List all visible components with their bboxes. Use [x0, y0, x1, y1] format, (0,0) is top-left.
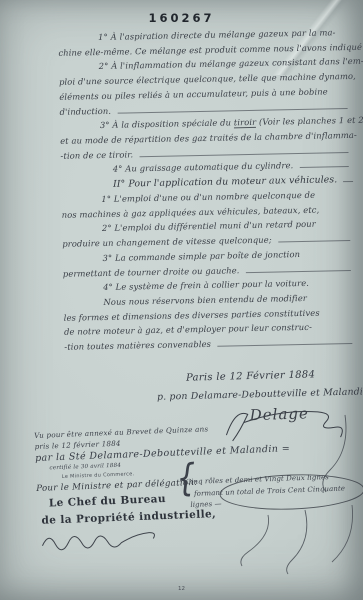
- brace-icon: {: [176, 471, 196, 486]
- filler-rule: [139, 152, 348, 157]
- patent-manuscript-page: 160267 1° À l'aspiration directe du méla…: [0, 0, 363, 600]
- filler-rule: [217, 343, 352, 347]
- filler-rule: [117, 108, 347, 114]
- manuscript-lines: 1° À l'aspiration directe du mélange gaz…: [0, 27, 363, 358]
- patent-number-stamp: 160267: [0, 11, 363, 25]
- official-signature-icon: [38, 526, 189, 556]
- line-count-note: { Cinq rôles et demi et Vingt Deux ligne…: [185, 471, 363, 512]
- filler-rule: [278, 240, 351, 242]
- filler-rule: [343, 181, 353, 182]
- filler-rule: [299, 167, 348, 169]
- filler-rule: [246, 270, 351, 273]
- page-number: 12: [0, 586, 363, 592]
- dateline: Paris le 12 Février 1884: [186, 369, 315, 383]
- underlined-word: tiroir: [234, 117, 257, 128]
